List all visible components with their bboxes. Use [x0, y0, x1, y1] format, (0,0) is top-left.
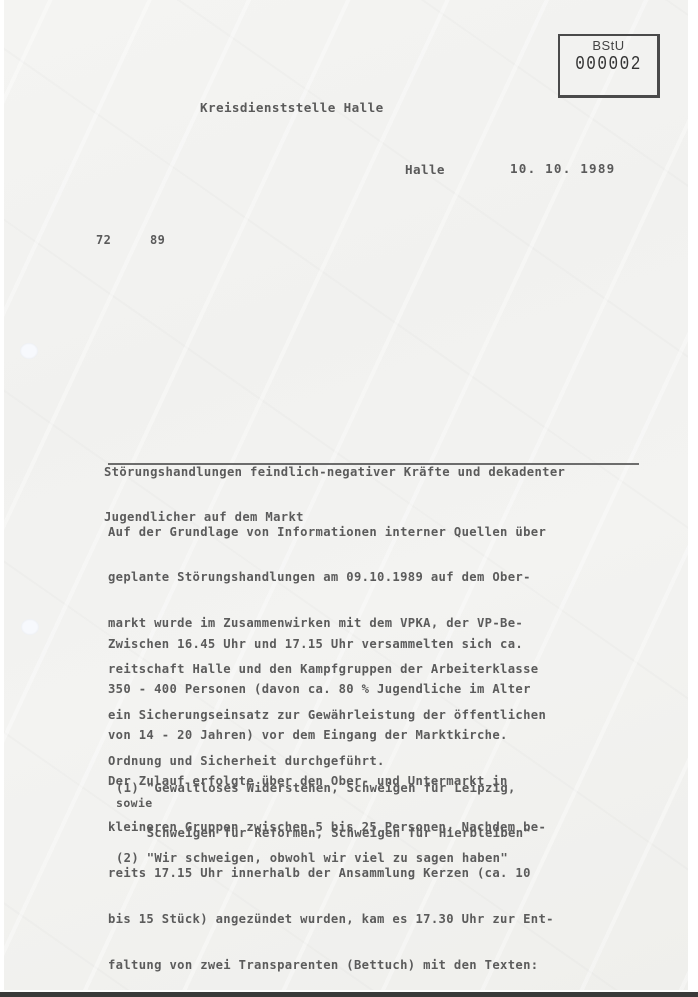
paragraph-1-line: geplante Störungshandlungen am 09.10.198…	[108, 570, 546, 585]
office-name: Kreisdienststelle Halle	[200, 100, 384, 115]
paragraph-1-line: Auf der Grundlage von Informationen inte…	[108, 525, 546, 540]
stamp-number: 000002	[560, 53, 657, 75]
paragraph-2-line: faltung von zwei Transparenten (Bettuch)…	[108, 958, 554, 973]
viewer-bottom-bar	[0, 992, 698, 997]
paragraph-2-line: von 14 - 20 Jahren) vor dem Eingang der …	[108, 728, 554, 743]
quote-2-line: (2) "Wir schweigen, obwohl wir viel zu s…	[116, 851, 508, 866]
quote-1-line: (1) "Gewaltloses Widerstehen, Schweigen …	[116, 781, 531, 796]
subject-underline	[108, 463, 639, 465]
banner-quote-2: (2) "Wir schweigen, obwohl wir viel zu s…	[116, 820, 508, 896]
subject-line-1: Störungshandlungen feindlich-negativer K…	[104, 465, 565, 480]
paragraph-2-line: Zwischen 16.45 Uhr und 17.15 Uhr versamm…	[108, 637, 554, 652]
connector-word: sowie	[116, 796, 153, 810]
paragraph-2-line: bis 15 Stück) angezündet wurden, kam es …	[108, 912, 554, 927]
archive-stamp: BStU 000002	[558, 34, 660, 98]
date: 10. 10. 1989	[510, 161, 615, 176]
punch-hole-top	[20, 343, 38, 359]
place: Halle	[405, 162, 445, 177]
stamp-label: BStU	[560, 38, 657, 53]
punch-hole-bottom	[21, 619, 39, 635]
document-viewer: BStU 000002 Kreisdienststelle Halle Hall…	[0, 0, 698, 997]
scanned-page: BStU 000002 Kreisdienststelle Halle Hall…	[4, 0, 688, 990]
reference-number-part1: 72	[96, 233, 111, 247]
reference-number-part2: 89	[150, 233, 165, 247]
paragraph-2-line: 350 - 400 Personen (davon ca. 80 % Jugen…	[108, 682, 554, 697]
